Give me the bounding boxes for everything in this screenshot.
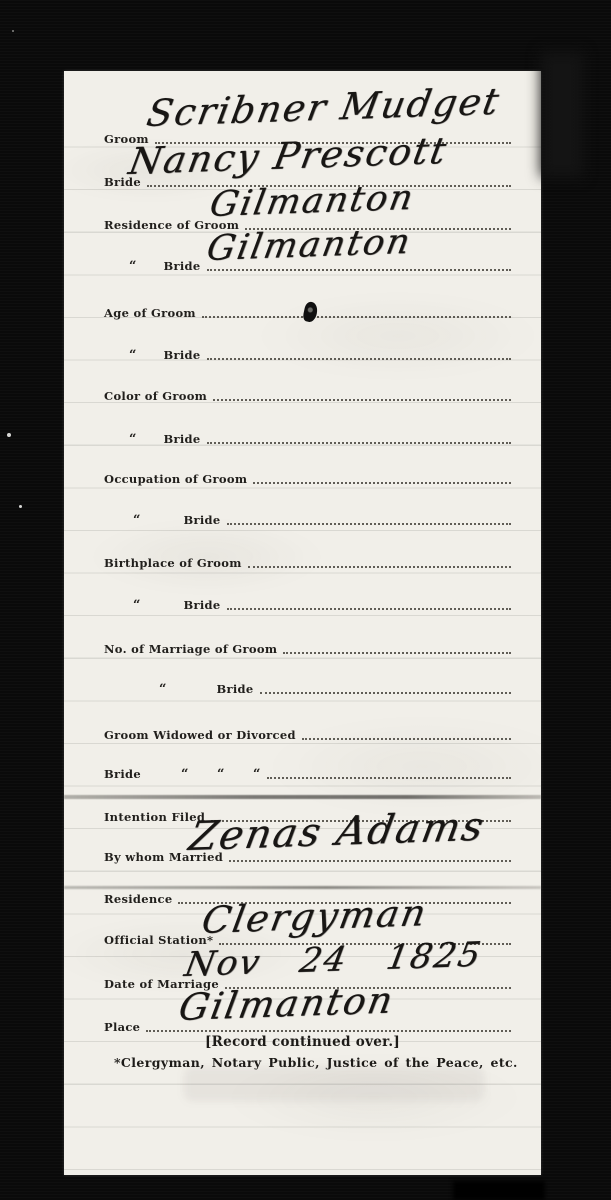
- form-row-occupation-groom: Occupation of Groom: [104, 469, 511, 486]
- field-label: Place: [104, 1020, 140, 1034]
- ditto-mark: “: [129, 261, 136, 273]
- dotted-leader: [207, 430, 512, 444]
- ink-ghosting: [184, 1067, 484, 1101]
- field-label: Bride: [163, 348, 200, 362]
- dust-speck: [12, 30, 14, 32]
- handwritten-official-station: Clergyman: [199, 894, 430, 939]
- field-label: Groom Widowed or Divorced: [104, 728, 296, 742]
- dotted-leader: [202, 304, 511, 318]
- field-label: Bride: [163, 259, 200, 273]
- handwritten-marriage-date: Nov 24 1825: [182, 938, 485, 982]
- dust-speck: [7, 433, 11, 437]
- field-label: Bride: [183, 513, 220, 527]
- dotted-leader: [253, 470, 511, 484]
- form-row-color-groom: Color of Groom: [104, 386, 511, 403]
- form-row-birthplace-groom: Birthplace of Groom: [104, 553, 511, 570]
- field-label: Residence: [104, 892, 172, 906]
- dust-speck: [19, 505, 22, 508]
- field-label: Color of Groom: [104, 389, 207, 403]
- field-label: Birthplace of Groom: [104, 556, 242, 570]
- form-row-age-bride: “Bride: [104, 345, 511, 362]
- dotted-leader: [267, 765, 512, 779]
- form-row-color-bride: “Bride: [104, 429, 511, 446]
- form-row-bride-widowed: Bride“ “ “: [104, 764, 511, 781]
- form-row-marriage-no-bride: “Bride: [104, 679, 511, 696]
- dotted-leader: [227, 596, 512, 610]
- field-label: Bride: [216, 682, 253, 696]
- form-row-birthplace-bride: “Bride: [104, 595, 511, 612]
- scan-smudge-line: [64, 886, 541, 889]
- handwritten-residence-bride: Gilmanton: [204, 225, 414, 267]
- dotted-leader: [213, 387, 511, 401]
- ditto-marks: “ “ “: [181, 769, 260, 781]
- dotted-leader: [227, 511, 512, 525]
- scanner-dark-block: [453, 1181, 545, 1200]
- field-label: Bride: [104, 767, 141, 781]
- field-label: Intention Filed: [104, 810, 205, 824]
- scanner-shadow: [541, 52, 583, 177]
- handwritten-marriage-place: Gilmanton: [176, 982, 397, 1026]
- form-row-occupation-bride: “Bride: [104, 510, 511, 527]
- ditto-mark: “: [133, 600, 140, 612]
- scan-smudge-line: [64, 795, 541, 799]
- handwritten-officiant-name: Zenas Adams: [186, 807, 488, 857]
- field-label: Occupation of Groom: [104, 472, 247, 486]
- field-label: Bride: [163, 432, 200, 446]
- dotted-leader: [302, 726, 511, 740]
- form-row-marriage-no-groom: No. of Marriage of Groom: [104, 639, 511, 656]
- ditto-mark: “: [129, 434, 136, 446]
- dotted-leader: [248, 554, 511, 568]
- ditto-mark: “: [159, 684, 166, 696]
- dotted-leader: [207, 346, 512, 360]
- record-continued-note: [Record continued over.]: [64, 1034, 541, 1050]
- ditto-mark: “: [133, 515, 140, 527]
- scanned-marriage-record: { "page": { "background_color": "#0a0a0a…: [0, 0, 611, 1200]
- field-label: Age of Groom: [104, 306, 196, 320]
- handwritten-residence-groom: Gilmanton: [207, 181, 417, 223]
- dotted-leader: [283, 640, 511, 654]
- field-label: No. of Marriage of Groom: [104, 642, 277, 656]
- handwritten-bride-name: Nancy Prescott: [126, 132, 451, 180]
- handwritten-groom-name: Scribner Mudget: [144, 83, 503, 132]
- field-label: Bride: [183, 598, 220, 612]
- ditto-mark: “: [129, 350, 136, 362]
- dotted-leader: [260, 680, 512, 694]
- form-row-groom-widowed: Groom Widowed or Divorced: [104, 725, 511, 742]
- document-page: Groom Bride Residence of Groom “Bride Ag…: [64, 71, 541, 1175]
